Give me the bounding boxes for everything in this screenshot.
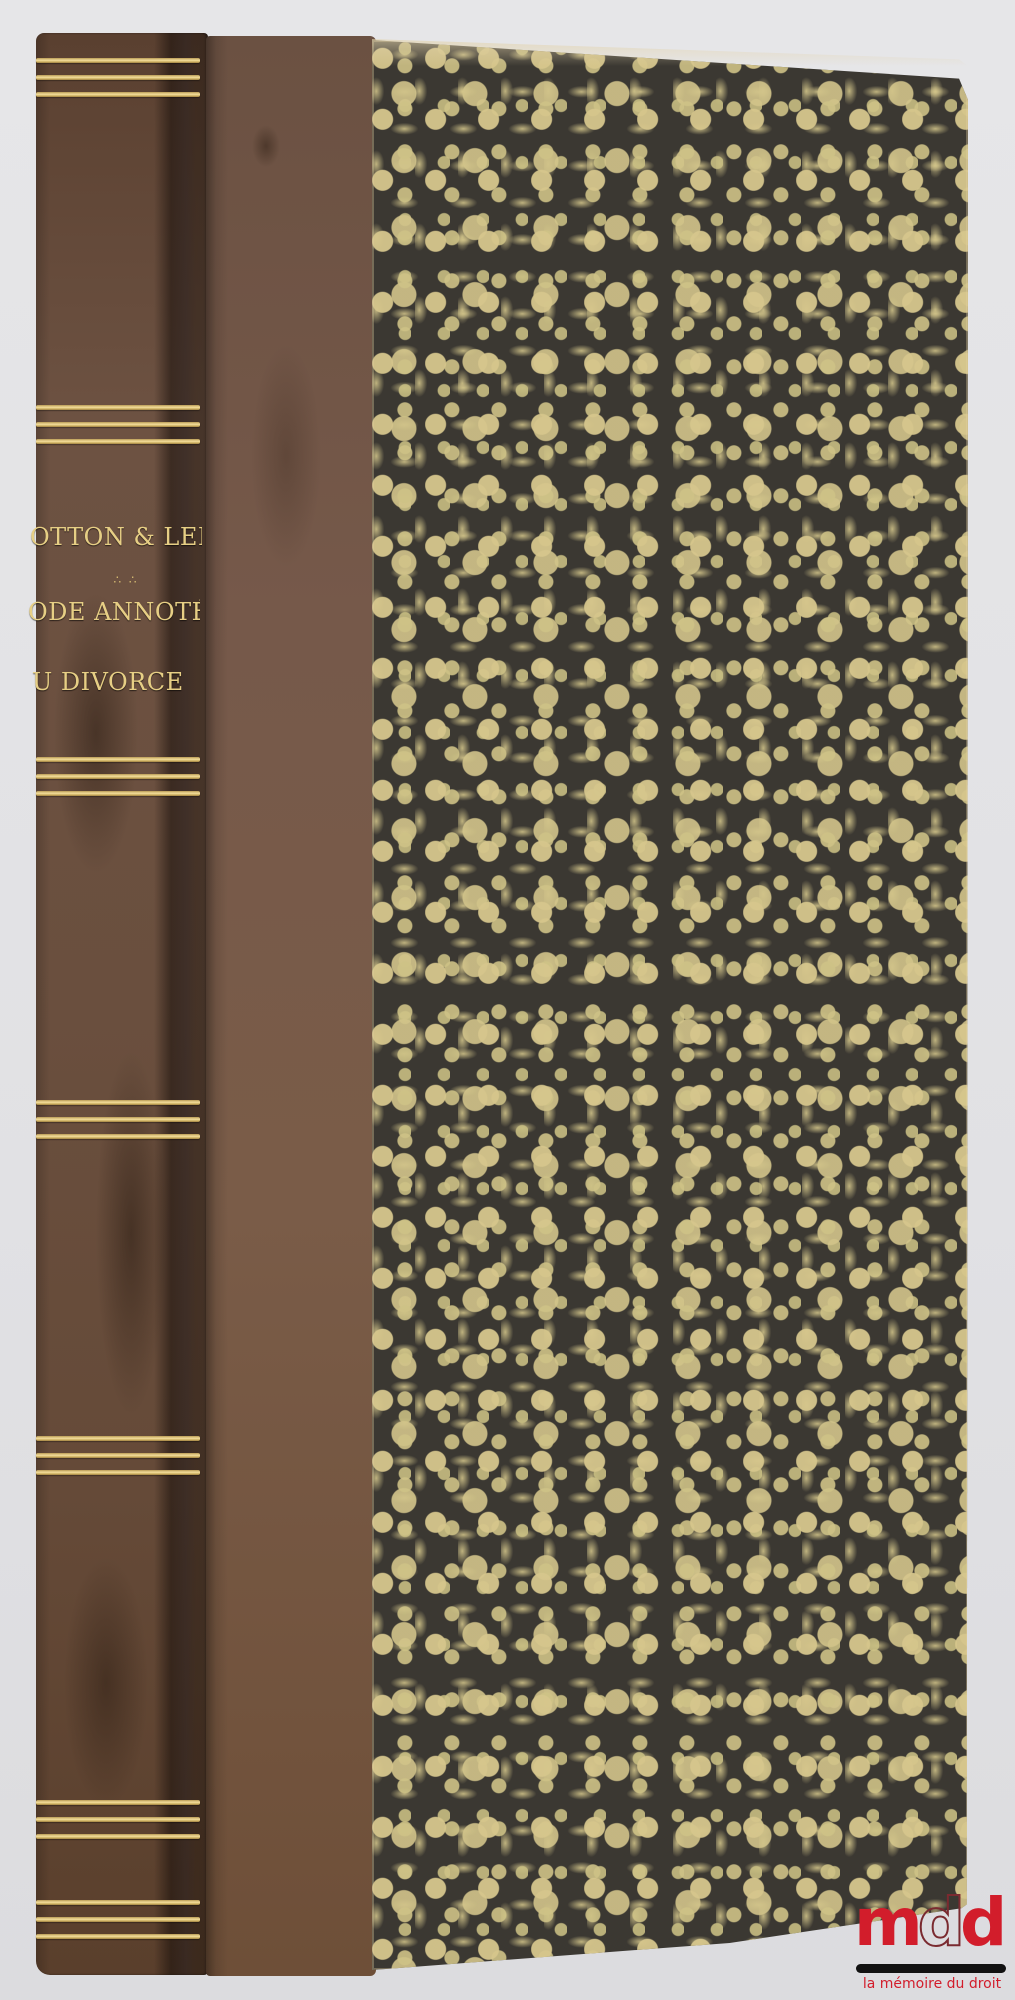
marbled-front-board [372,40,968,1970]
gilt-band [36,1134,200,1139]
gilt-band [36,92,200,97]
logo-tagline: la mémoire du droit [852,1976,1012,1992]
gilt-band [36,1917,200,1922]
gilt-band [36,75,200,80]
logo-mark: mdd [854,1890,1002,1956]
gilt-band [36,1934,200,1939]
gilt-band [36,774,200,779]
spine-title-line-2: ODE ANNOTÉ [28,598,200,626]
spine-title-authors: OTTON & LEBO [30,523,202,551]
logo-letter-m: m [854,1884,918,1961]
logo-letter-d: d [960,1884,1002,1961]
gilt-band [36,1834,200,1839]
gilt-band [36,1900,200,1905]
gilt-band [36,439,200,444]
gilt-band [36,757,200,762]
gilt-band [36,1117,200,1122]
gilt-band [36,1453,200,1458]
book-spine: OTTON & LEBO ∴ ∴ ODE ANNOTÉ U DIVORCE [36,33,208,1975]
spine-ornament: ∴ ∴ [106,573,146,587]
gilt-band [36,58,200,63]
leather-front-strip [206,36,376,1976]
gilt-band [36,1100,200,1105]
logo-underline-bar [856,1964,1006,1973]
book-photo: OTTON & LEBO ∴ ∴ ODE ANNOTÉ U DIVORCE md… [0,0,1015,2000]
gilt-band [36,422,200,427]
gilt-band [36,1800,200,1805]
mdd-logo: mdd la mémoire du droit [852,1890,1012,2000]
gilt-band [36,1817,200,1822]
logo-letter-d-outline: d [918,1884,960,1961]
gilt-band [36,1470,200,1475]
gilt-band [36,1436,200,1441]
gilt-band [36,405,200,410]
gilt-band [36,791,200,796]
spine-title-line-3: U DIVORCE [32,668,204,696]
